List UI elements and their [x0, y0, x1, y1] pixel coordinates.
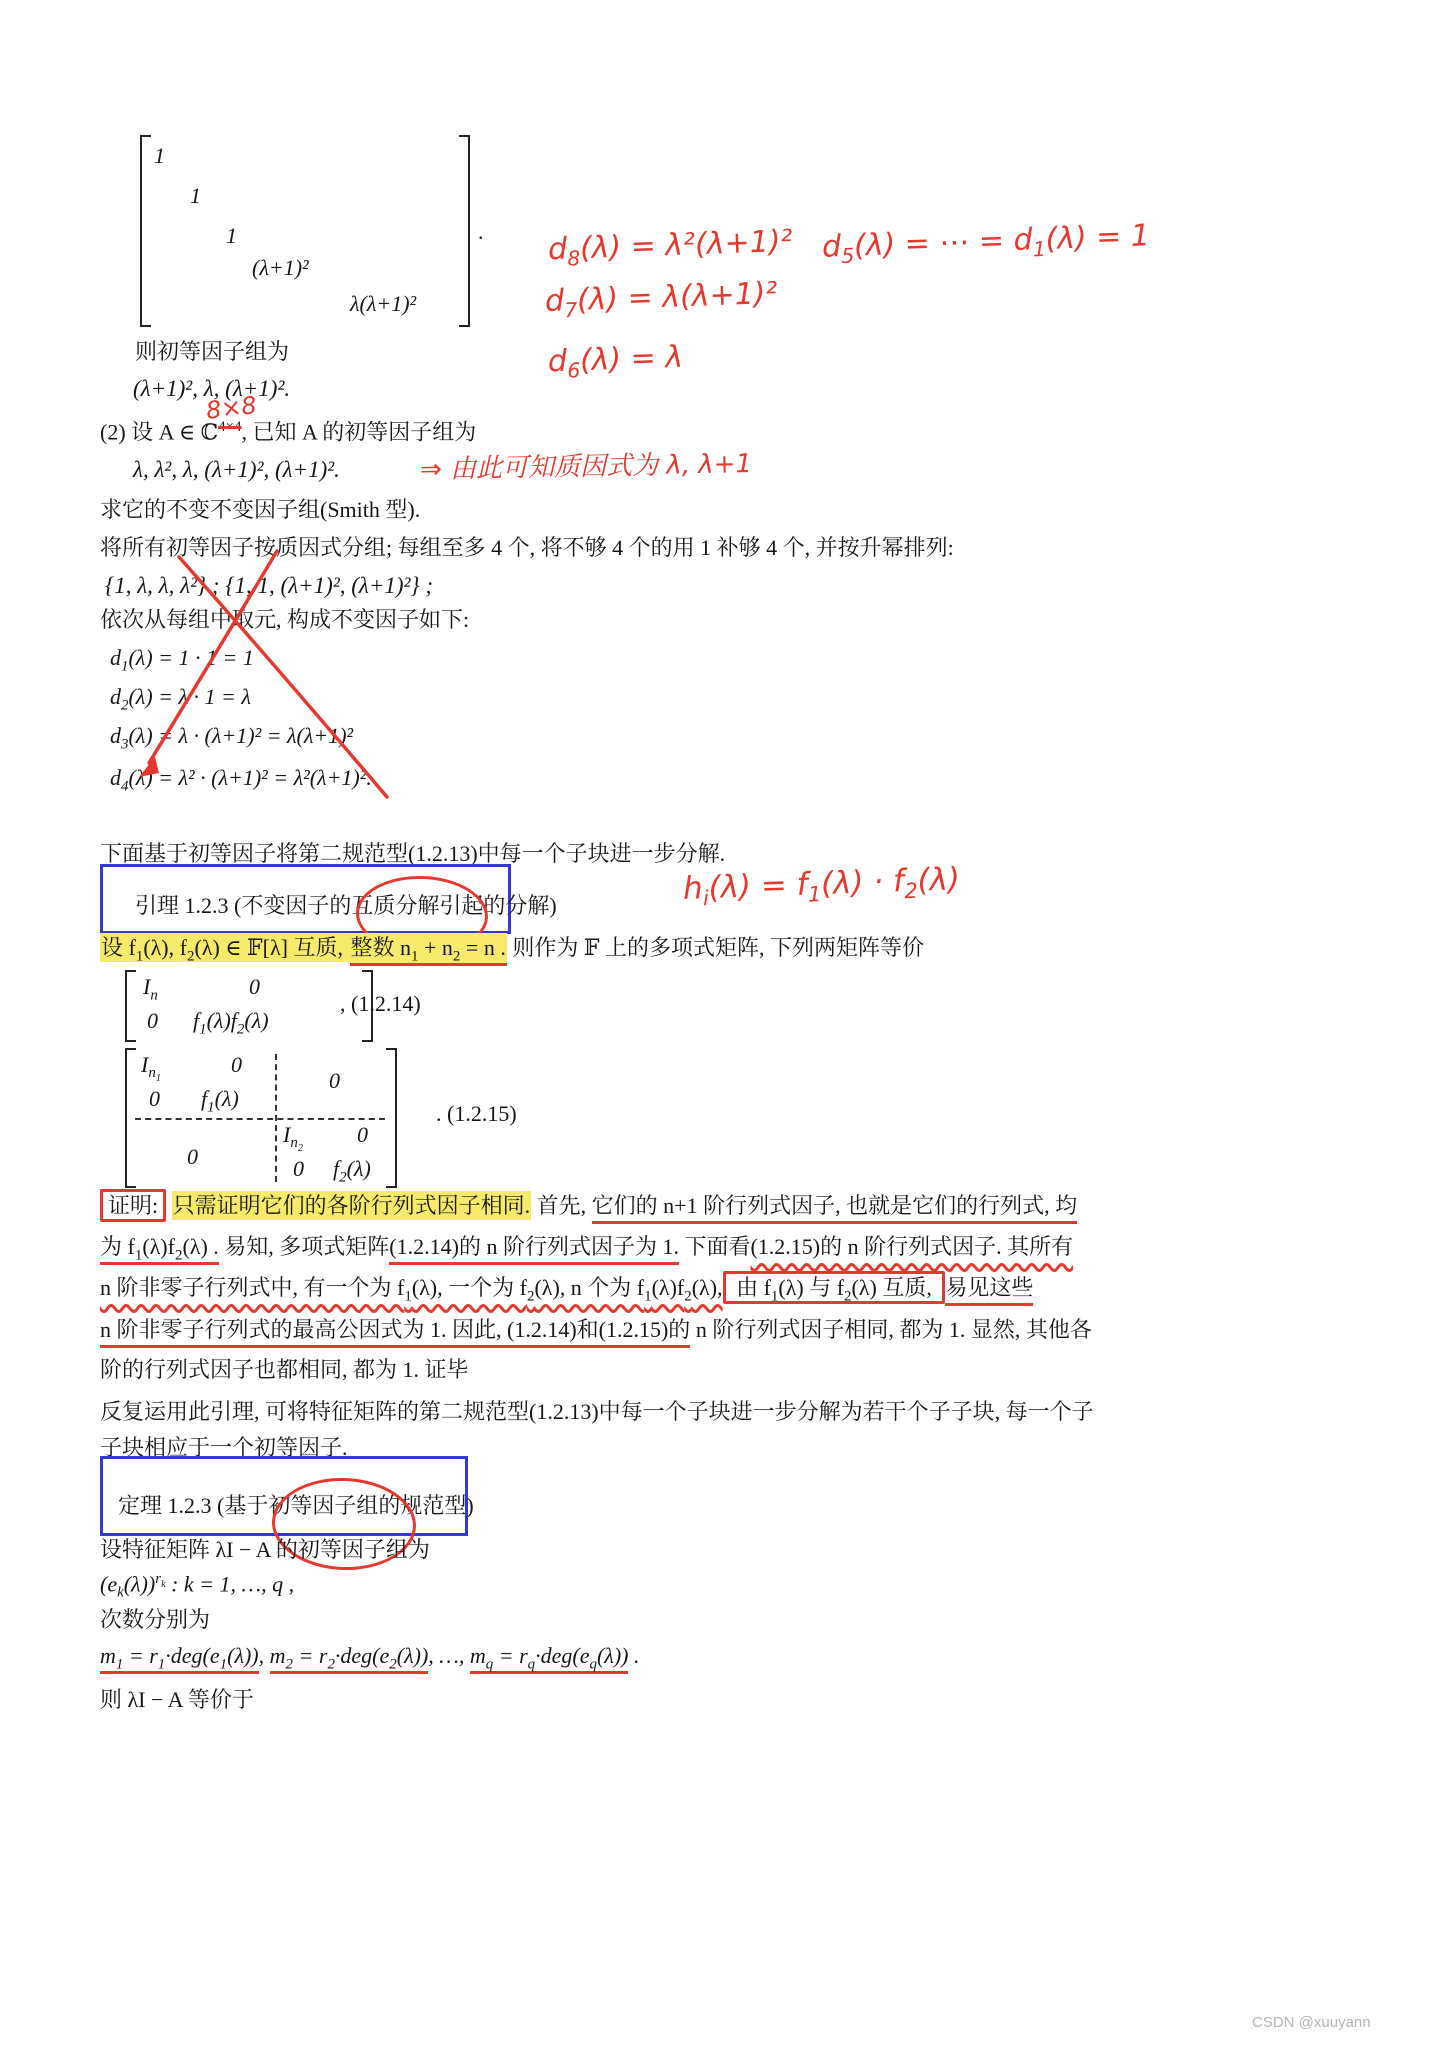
- lemma-title: 引理 1.2.3 (不变因子的互质分解引起的分解): [135, 892, 557, 921]
- ask-line: 求它的不变不变因子组(Smith 型).: [100, 496, 420, 525]
- handwritten-hi-note: hi(λ) = f1(λ) · f2(λ): [682, 861, 960, 911]
- degree-formula-mq: mq = rq·deg(eq(λ)): [470, 1643, 629, 1674]
- proof-line-4: n 阶非零子行列式的最高公因式为 1. 因此, (1.2.14)和(1.2.15…: [100, 1316, 1092, 1345]
- matrix-entry: λ(λ+1)²: [350, 291, 416, 317]
- matrix-right-bracket: [386, 1048, 397, 1188]
- separator: , …,: [428, 1643, 470, 1668]
- matrix-entry: In2: [283, 1122, 303, 1154]
- lemma-body-rest: 则作为 𝔽 上的多项式矩阵, 下列两矩阵等价: [507, 935, 924, 960]
- proof-line-2: 为 f1(λ)f2(λ) . 易知, 多项式矩阵(1.2.14)的 n 阶行列式…: [100, 1233, 1073, 1266]
- matrix-entry: 1: [154, 143, 165, 169]
- document-page: 1 1 1 (λ+1)² λ(λ+1)² . d8(λ) = λ²(λ+1)² …: [0, 0, 1447, 2048]
- characteristic-matrix-line: 设特征矩阵 λI − A 的初等因子组为: [100, 1536, 430, 1565]
- handwritten-d6: d6(λ) = λ: [547, 340, 683, 384]
- handwritten-d5-to-d1: d5(λ) = ⋯ = d1(λ) = 1: [821, 218, 1150, 268]
- separator: ,: [259, 1643, 270, 1668]
- diagonal-matrix: 1 1 1 (λ+1)² λ(λ+1)²: [140, 135, 470, 327]
- matrix-entry: 1: [190, 183, 201, 209]
- matrix-entry: 0: [293, 1156, 304, 1182]
- matrix-1-2-15: In1 0 0 f1(λ) 0 0 In2 0 0 f2(λ): [125, 1048, 397, 1188]
- matrix-entry: 0: [187, 1144, 198, 1170]
- handwritten-prime-note: ⇒ 由此可知质因式为 λ, λ+1: [420, 443, 753, 486]
- degrees-label: 次数分别为: [100, 1606, 210, 1635]
- degree-formula-m2: m2 = r2·deg(e2(λ)): [270, 1643, 429, 1674]
- proof-underlined: 为 f1(λ)f2(λ) .: [100, 1234, 219, 1265]
- proof-line-3: n 阶非零子行列式中, 有一个为 f1(λ), 一个为 f2(λ), n 个为 …: [100, 1274, 1033, 1307]
- proof-underlined: 它们的 n+1 阶行列式因子, 也就是它们的行列式, 均: [592, 1193, 1077, 1224]
- matrix-entry: f2(λ): [333, 1156, 371, 1186]
- equation-label-1214: , (1.2.14): [340, 990, 421, 1019]
- part2-prefix: (2) 设 A ∈ ℂ: [100, 419, 218, 444]
- lemma-body-highlight: 设 f1(λ), f2(λ) ∈ 𝔽[λ] 互质,: [100, 933, 350, 962]
- proof-text: 易知, 多项式矩阵: [219, 1234, 390, 1259]
- degrees-formula-line: m1 = r1·deg(e1(λ)), m2 = r2·deg(e2(λ)), …: [100, 1642, 639, 1675]
- watermark: CSDN @xuuyann: [1252, 2014, 1371, 2031]
- matrix-right-bracket: [459, 135, 470, 327]
- proof-label: 证明:: [100, 1189, 166, 1222]
- lemma-body: 设 f1(λ), f2(λ) ∈ 𝔽[λ] 互质, 整数 n1 + n2 = n…: [100, 934, 924, 967]
- proof-wavy-underlined: (1.2.15)的 n 阶行列式因子. 其所有: [750, 1234, 1073, 1259]
- proof-underlined: (1.2.14)的 n 阶行列式因子为 1.: [389, 1234, 679, 1265]
- proof-wavy-underlined: n 阶非零子行列式中, 有一个为 f1(λ), 一个为 f2(λ), n 个为 …: [100, 1275, 723, 1300]
- handwritten-d7: d7(λ) = λ(λ+1)²: [544, 276, 778, 323]
- proof-underlined: 易见这些: [945, 1275, 1033, 1306]
- line-end: .: [628, 1643, 639, 1668]
- proof-line-5: 阶的行列式因子也都相同, 都为 1. 证毕: [100, 1356, 469, 1385]
- proof-text: n 阶行列式因子相同, 都为 1. 显然, 其他各: [690, 1317, 1092, 1342]
- matrix-entry: In: [143, 974, 158, 1004]
- matrix-dashed-horizontal: [135, 1118, 385, 1120]
- proof-line-1: 证明: 只需证明它们的各阶行列式因子相同. 首先, 它们的 n+1 阶行列式因子…: [100, 1192, 1077, 1221]
- degree-formula-m1: m1 = r1·deg(e1(λ)): [100, 1643, 259, 1674]
- matrix-entry: In1: [141, 1052, 161, 1084]
- proof-highlight: 只需证明它们的各阶行列式因子相同.: [172, 1191, 532, 1220]
- matrix-entry: (λ+1)²: [252, 255, 309, 281]
- matrix-entry: f1(λ): [201, 1086, 239, 1116]
- repeat-lemma-line-1: 反复运用此引理, 可将特征矩阵的第二规范型(1.2.13)中每一个子块进一步分解…: [100, 1398, 1094, 1427]
- matrix-left-bracket: [140, 135, 151, 327]
- matrix-entry: 0: [147, 1008, 158, 1034]
- matrix-entry: 0: [329, 1068, 340, 1094]
- equivalence-line: 则 λI − A 等价于: [100, 1686, 254, 1715]
- lemma-body-highlight-underlined: 整数 n1 + n2 = n .: [350, 933, 507, 966]
- factor-list: λ, λ², λ, (λ+1)², (λ+1)².: [133, 455, 340, 485]
- matrix-entry: 0: [249, 974, 260, 1000]
- proof-red-boxed: 由 f1(λ) 与 f2(λ) 互质,: [723, 1271, 946, 1304]
- matrix-entry: 1: [226, 223, 237, 249]
- matrix-left-bracket: [125, 970, 136, 1042]
- proof-text: 首先,: [531, 1193, 592, 1218]
- matrix-period: .: [478, 218, 484, 247]
- matrix-entry: 0: [149, 1086, 160, 1112]
- equation-label-1215: . (1.2.15): [436, 1100, 517, 1129]
- part2-line: (2) 设 A ∈ ℂ4×4, 已知 A 的初等因子组为: [100, 418, 476, 447]
- elementary-factors-intro: 则初等因子组为: [135, 338, 289, 367]
- elementary-divisor-notation: (ek(λ))rk : k = 1, …, q ,: [100, 1570, 294, 1603]
- matrix-entry: 0: [357, 1122, 368, 1148]
- part2-suffix: , 已知 A 的初等因子组为: [242, 419, 477, 444]
- handwritten-d8: d8(λ) = λ²(λ+1)²: [547, 224, 793, 272]
- matrix-1-2-14: In 0 0 f1(λ)f2(λ): [125, 970, 373, 1042]
- matrix-entry: f1(λ)f2(λ): [193, 1008, 269, 1038]
- proof-text: 下面看: [679, 1234, 751, 1259]
- matrix-entry: 0: [231, 1052, 242, 1078]
- proof-underlined: n 阶非零子行列式的最高公因式为 1. 因此, (1.2.14)和(1.2.15…: [100, 1317, 690, 1348]
- red-cross-annotation: [125, 535, 405, 815]
